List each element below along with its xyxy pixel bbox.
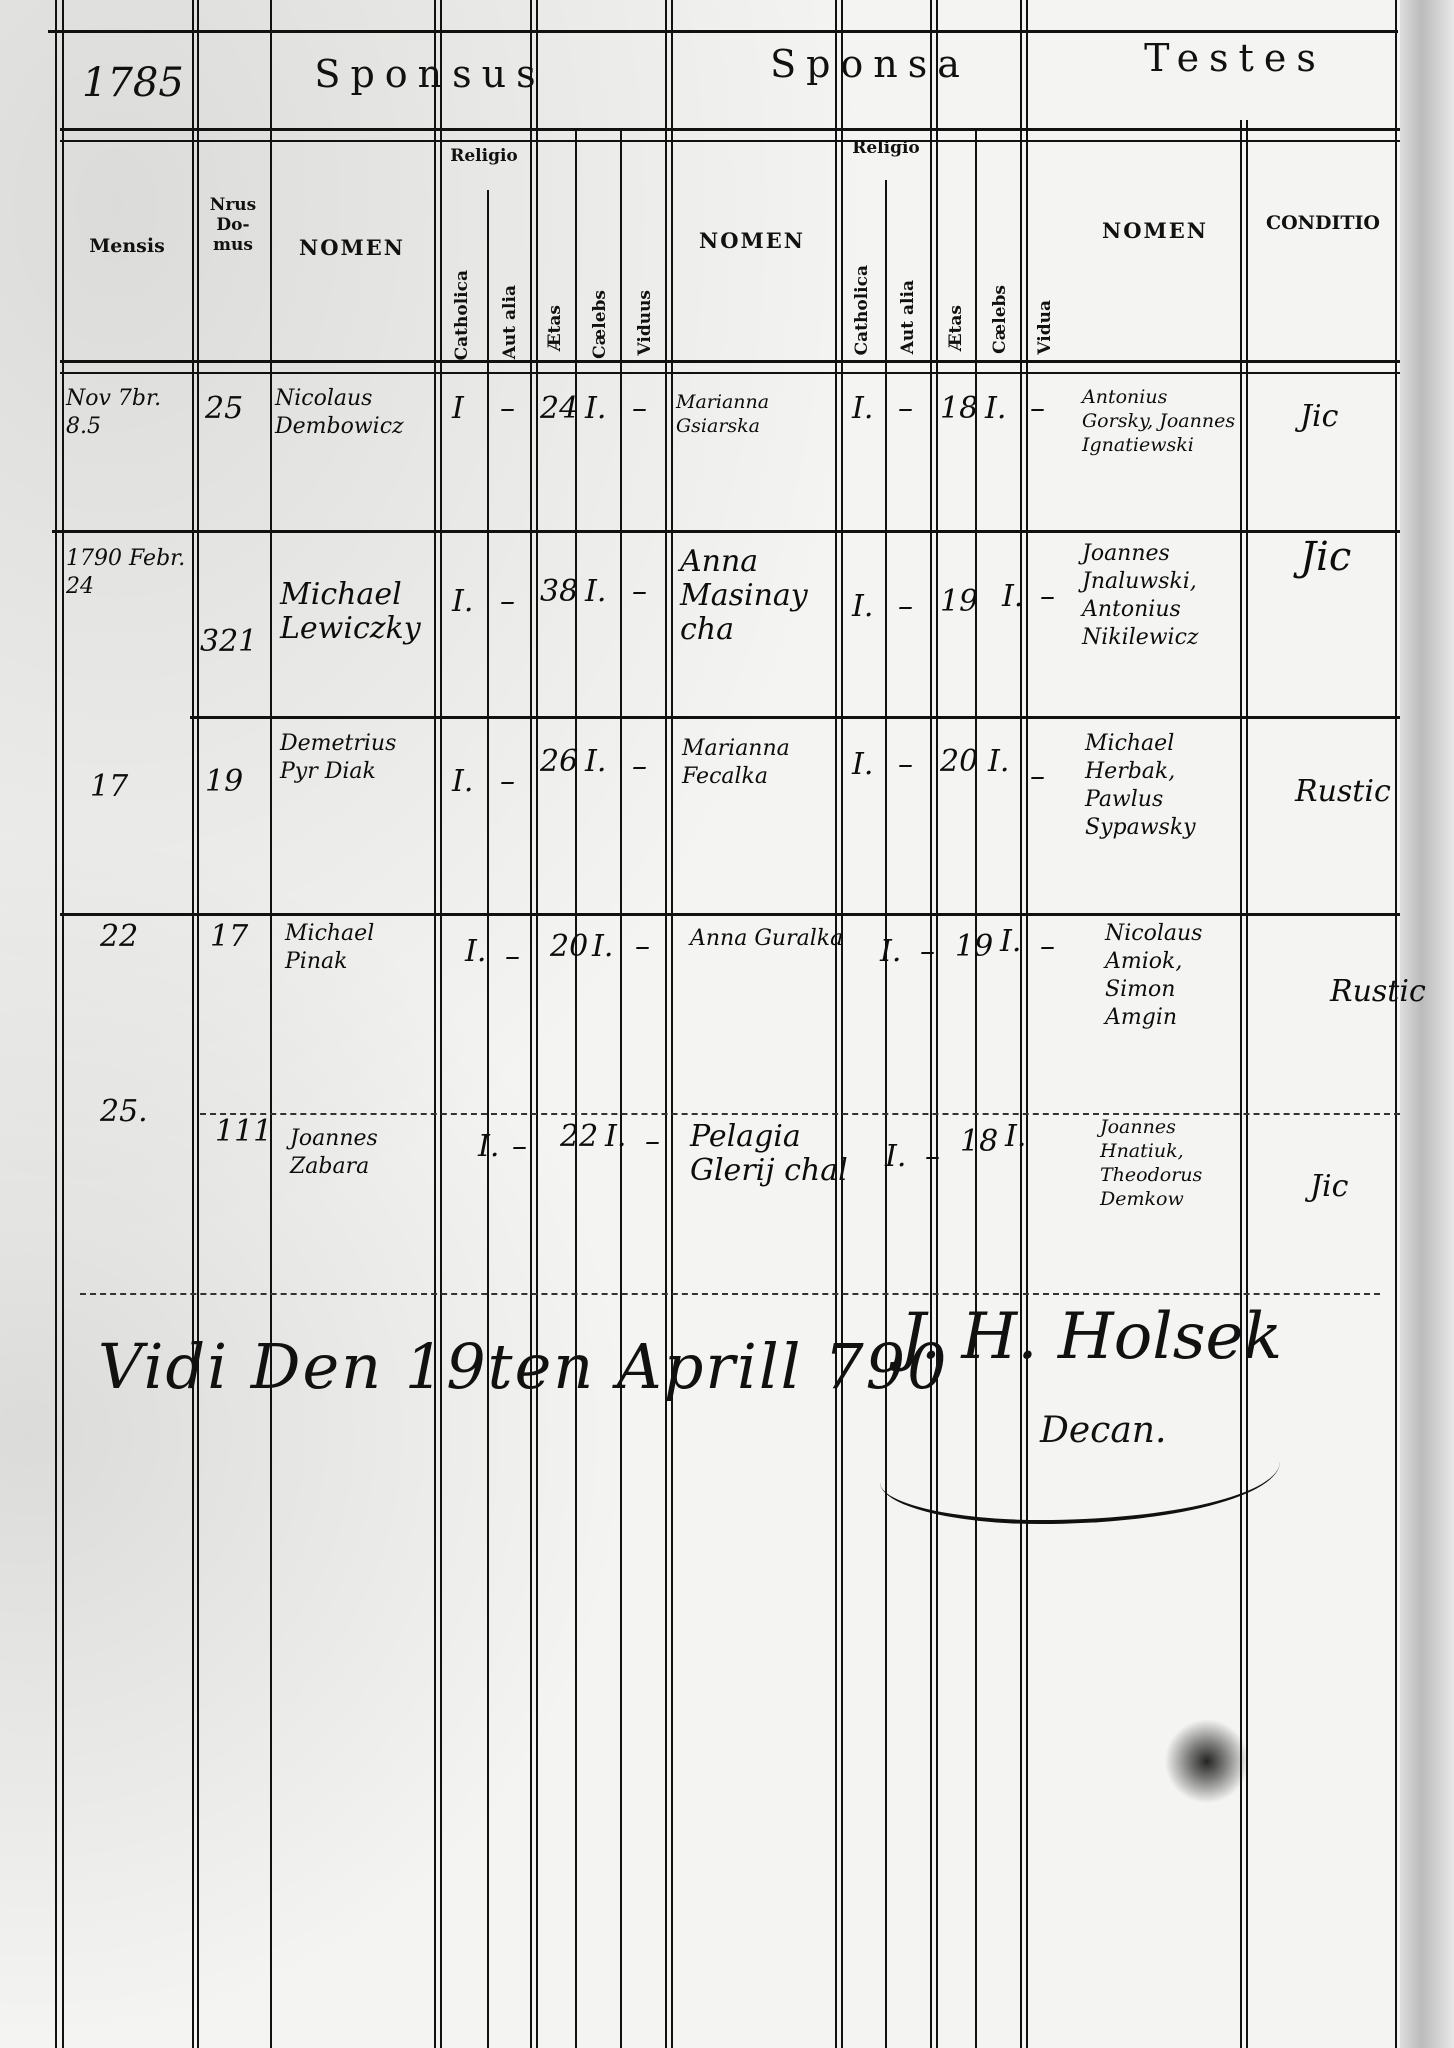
row3-sponsus: Demetrius Pyr Diak (280, 730, 430, 786)
row2-sponsa-aut-alia: – (898, 590, 913, 624)
rule (841, 0, 843, 2048)
col-sponsus-catholica: Catholica (452, 270, 472, 360)
rule (48, 30, 1398, 33)
row-divider (52, 530, 1400, 533)
row1-testes: Antonius Gorsky, Joannes Ignatiewski (1082, 385, 1237, 457)
row4-sponsa-caelebs: I. (1000, 925, 1021, 959)
row1-sponsa-caelebs: I. (985, 392, 1006, 426)
row5-sponsus-viduus: – (645, 1125, 660, 1159)
row2-sponsus-aetas: 38 (540, 575, 578, 609)
row3-sponsa-vidua: – (1030, 760, 1045, 794)
row2-sponsus: Michael Lewiczky (280, 578, 430, 646)
row2-mensis: 1790 Febr. 24 (66, 545, 191, 601)
rule (1026, 0, 1028, 2048)
row3-sponsa-aetas: 20 (940, 745, 978, 779)
row4-sponsus: Michael Pinak (285, 920, 435, 976)
register-page: 1785 Sponsus Sponsa Testes Mensis Nrus D… (0, 0, 1454, 2048)
row1-sponsus-catholica: I (452, 392, 464, 426)
row1-sponsa-vidua: – (1030, 392, 1045, 426)
col-sponsa-nomen: NOMEN (672, 228, 832, 253)
row2-sponsus-catholica: I. (452, 585, 473, 619)
row2-sponsa-aetas: 19 (940, 585, 978, 619)
row2-domus: 321 (200, 625, 257, 659)
rule (536, 0, 538, 2048)
rule (1246, 120, 1248, 2048)
col-sponsus-caelebs: Cælebs (590, 290, 610, 359)
rule (440, 0, 442, 2048)
col-sponsa-religio: Religio (842, 138, 930, 158)
row5-sponsus-aut-alia: – (512, 1130, 527, 1164)
rule (1240, 120, 1242, 2048)
rule (930, 0, 932, 2048)
rule (835, 0, 837, 2048)
row5-sponsa-caelebs: I. (1005, 1120, 1026, 1154)
row5-domus: 111 (215, 1115, 272, 1149)
row-divider (80, 1293, 1380, 1295)
rule (1020, 0, 1022, 2048)
row4-sponsa: Anna Guralka (690, 925, 850, 953)
row2-sponsa-catholica: I. (852, 590, 873, 624)
row1-sponsus-caelebs: I. (585, 392, 606, 426)
col-testes-conditio: CONDITIO (1248, 212, 1398, 234)
row5-testes: Joannes Hnatiuk, Theodorus Demkow (1100, 1115, 1250, 1211)
rule (60, 140, 1400, 142)
rule (60, 372, 1400, 374)
row1-sponsus-aut-alia: – (500, 392, 515, 426)
row4-sponsa-vidua: – (1040, 930, 1055, 964)
row1-sponsus-aetas: 24 (540, 392, 578, 426)
col-mensis: Mensis (62, 235, 192, 257)
row4-sponsa-aetas: 19 (955, 930, 993, 964)
row4-sponsus-aut-alia: – (505, 940, 520, 974)
rule (530, 0, 532, 2048)
row2-sponsus-viduus: – (632, 575, 647, 609)
row3-mensis: 17 (90, 770, 128, 804)
rule (60, 360, 1400, 363)
row3-sponsus-aut-alia: – (500, 765, 515, 799)
row1-sponsa-catholica: I. (852, 392, 873, 426)
row3-sponsa-catholica: I. (852, 748, 873, 782)
row2-testes: Joannes Jnaluwski, Antonius Nikilewicz (1082, 540, 1242, 652)
row5-sponsus-caelebs: I. (605, 1120, 626, 1154)
row4-mensis: 22 (100, 920, 138, 954)
row2-sponsa-vidua: – (1040, 580, 1055, 614)
row1-sponsa-aetas: 18 (940, 392, 978, 426)
col-sponsa-catholica: Catholica (852, 265, 872, 355)
row5-sponsa-catholica: I. (885, 1140, 906, 1174)
col-sponsus-aut-alia: Aut alia (500, 285, 520, 359)
row5-mensis: 25. (100, 1095, 148, 1129)
row1-sponsus: Nicolaus Dembowicz (275, 385, 430, 441)
col-testes-nomen: NOMEN (1070, 218, 1240, 243)
row2-sponsus-aut-alia: – (500, 585, 515, 619)
rule (270, 0, 272, 2048)
signature-flourish (880, 1420, 1280, 1524)
row2-sponsa-caelebs: I. (1002, 580, 1023, 614)
row4-domus: 17 (210, 920, 248, 954)
rule (60, 128, 1400, 131)
col-sponsus-viduus: Viduus (635, 290, 655, 356)
register-year: 1785 (82, 60, 184, 106)
row4-sponsus-catholica: I. (465, 935, 486, 969)
row5-sponsus-catholica: I. (478, 1130, 499, 1164)
row1-sponsa-aut-alia: – (898, 392, 913, 426)
section-testes: Testes (1070, 36, 1400, 80)
row3-sponsus-viduus: – (632, 750, 647, 784)
row2-conditio: Jic (1300, 540, 1351, 574)
col-sponsus-nomen: NOMEN (272, 235, 432, 260)
row5-sponsa-aut-alia: – (925, 1140, 940, 1174)
row5-sponsus-aetas: 22 (560, 1120, 598, 1154)
rule (192, 0, 194, 2048)
row3-domus: 19 (205, 765, 243, 799)
row3-testes: Michael Herbak, Pawlus Sypawsky (1085, 730, 1245, 842)
rule (62, 0, 64, 2048)
col-nrus-domus: Nrus Do- mus (198, 195, 268, 255)
row4-conditio: Rustic (1330, 975, 1426, 1009)
visa-note: Vidi Den 19ten Aprill 790 (98, 1330, 949, 1403)
rule (665, 0, 667, 2048)
rule (55, 0, 57, 2048)
row3-sponsa-caelebs: I. (988, 745, 1009, 779)
col-sponsa-vidua: Vidua (1035, 300, 1055, 355)
row3-sponsus-caelebs: I. (585, 745, 606, 779)
row2-sponsa: Anna Masinay cha (680, 545, 830, 647)
row3-sponsa-aut-alia: – (898, 748, 913, 782)
row3-sponsa: Marianna Fecalka (682, 735, 832, 791)
col-sponsa-aut-alia: Aut alia (898, 280, 918, 354)
row2-sponsus-caelebs: I. (585, 575, 606, 609)
row5-conditio: Jic (1310, 1170, 1348, 1204)
row4-sponsa-catholica: I. (880, 935, 901, 969)
row3-conditio: Rustic (1295, 775, 1391, 809)
rule (434, 0, 436, 2048)
row4-sponsus-viduus: – (635, 930, 650, 964)
row4-sponsa-aut-alia: – (920, 935, 935, 969)
col-sponsa-aetas: Ætas (946, 305, 966, 351)
row1-domus: 25 (205, 392, 243, 426)
section-sponsus: Sponsus (200, 52, 660, 96)
rule (671, 0, 673, 2048)
row1-sponsus-viduus: – (632, 392, 647, 426)
row1-mensis: Nov 7br. 8.5 (66, 385, 191, 441)
row-divider (190, 716, 1400, 719)
row1-conditio: Jic (1300, 400, 1338, 434)
col-sponsus-religio: Religio (440, 146, 528, 166)
rule (620, 130, 622, 2048)
row3-sponsus-aetas: 26 (540, 745, 578, 779)
row3-sponsus-catholica: I. (452, 765, 473, 799)
rule (197, 0, 199, 2048)
dean-signature: J. H. Holsek (900, 1300, 1282, 1374)
section-sponsa: Sponsa (670, 42, 1070, 86)
row4-testes: Nicolaus Amiok, Simon Amgin (1105, 920, 1245, 1032)
col-sponsus-aetas: Ætas (545, 305, 565, 351)
row1-sponsa: Marianna Gsiarska (676, 390, 831, 438)
rule (936, 0, 938, 2048)
col-sponsa-caelebs: Cælebs (990, 285, 1010, 354)
row5-sponsus: Joannes Zabara (290, 1125, 440, 1181)
row-divider (60, 913, 1400, 916)
rule (1395, 0, 1397, 2048)
row5-sponsa: Pelagia Glerij chal (690, 1120, 850, 1188)
rule (487, 190, 489, 2048)
row4-sponsus-aetas: 20 (550, 930, 588, 964)
row4-sponsus-caelebs: I. (592, 930, 613, 964)
page-edge (1400, 0, 1454, 2048)
row5-sponsa-aetas: 18 (960, 1125, 998, 1159)
